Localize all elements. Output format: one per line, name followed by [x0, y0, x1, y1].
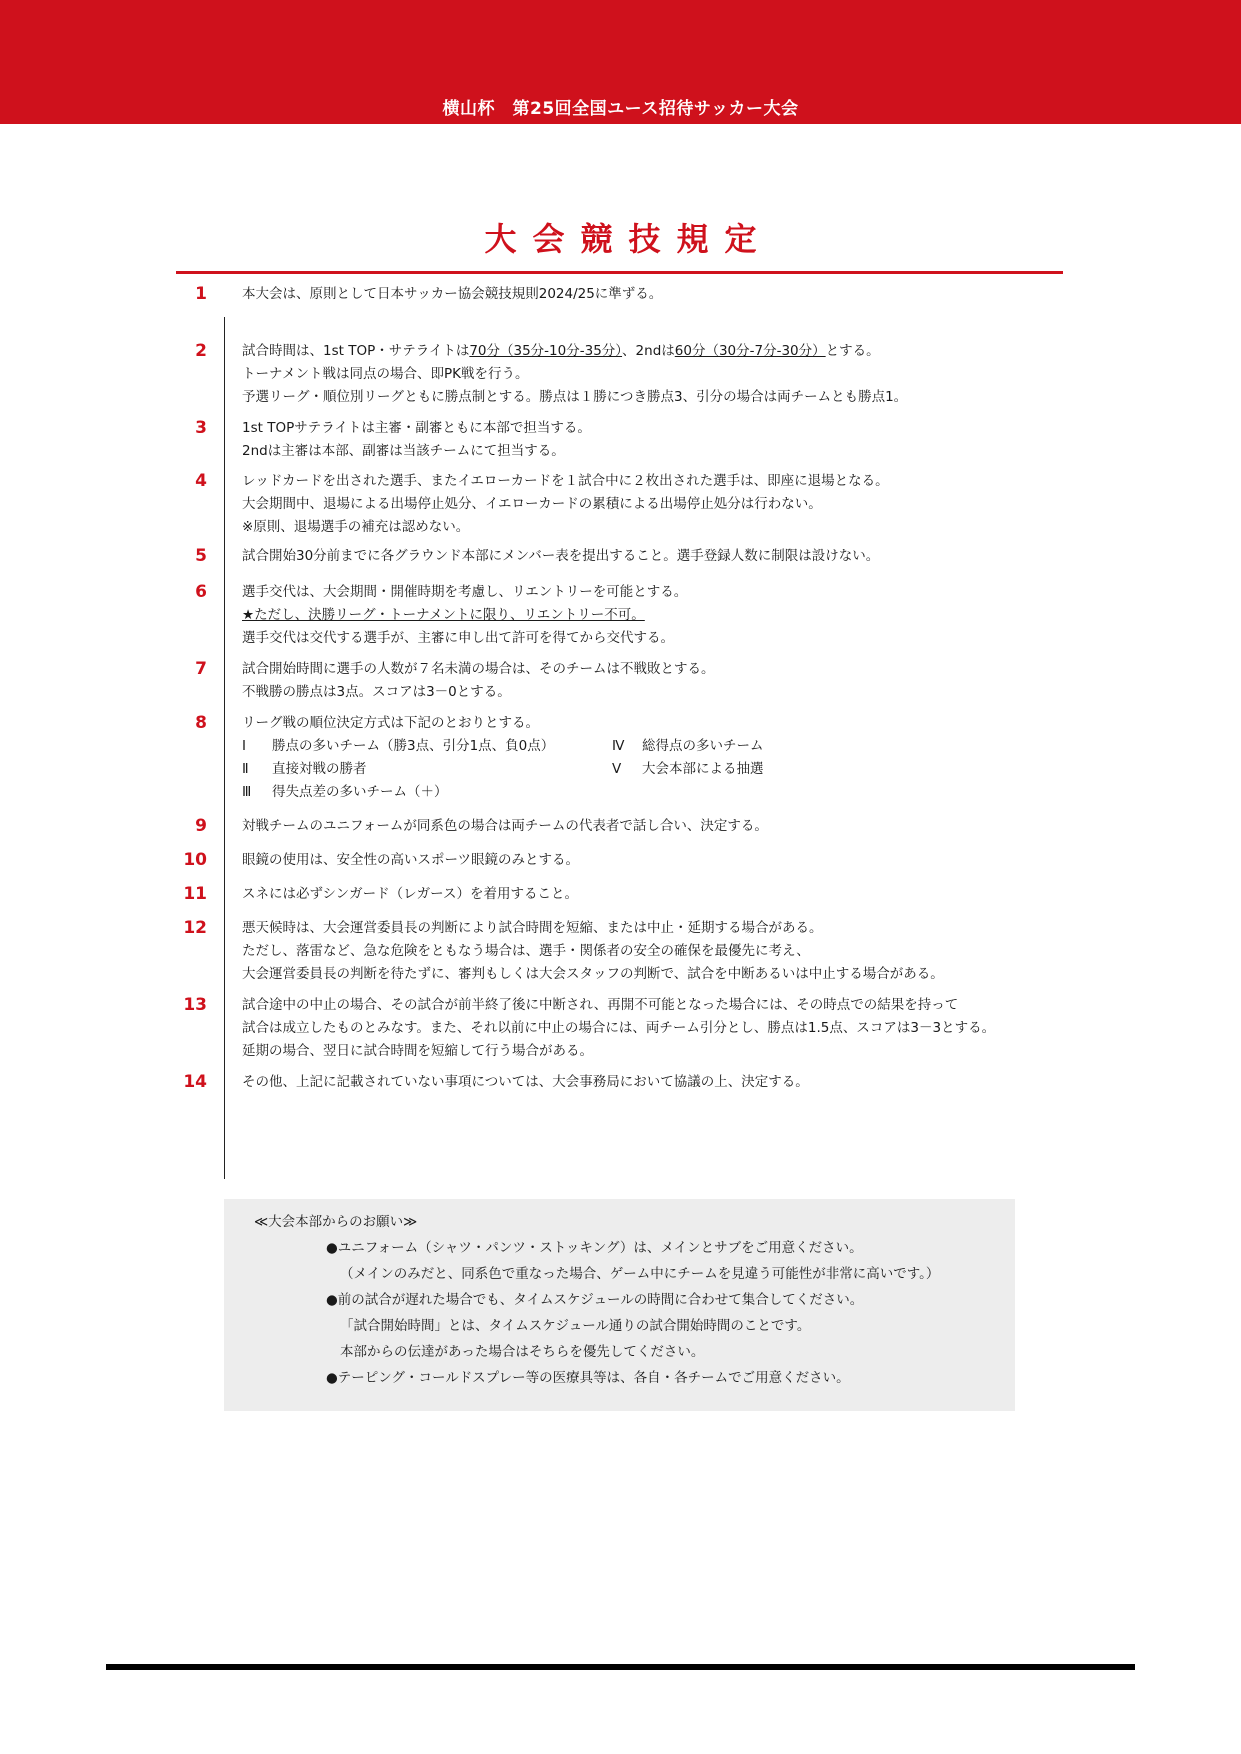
roman-numeral: Ⅱ — [242, 758, 272, 781]
rule-line: 試合時間は、1st TOP・サテライトは70分（35分-10分-35分）、2nd… — [242, 340, 1122, 363]
rule-number: 6 — [150, 581, 207, 604]
text-span: とする。 — [826, 343, 880, 359]
rule-line: 試合途中の中止の場合、その試合が前半終了後に中断され、再開不可能となった場合には… — [242, 994, 1122, 1017]
notice-line: ●ユニフォーム（シャツ・パンツ・ストッキング）は、メインとサブをご用意ください。 — [326, 1235, 939, 1261]
rule-text: スネには必ずシンガード（レガース）を着用すること。 — [242, 883, 1122, 906]
ranking-criterion: Ⅲ得失点差の多いチーム（＋） — [242, 781, 612, 804]
rule-number: 5 — [150, 545, 207, 568]
rule-number: 12 — [150, 917, 207, 940]
rule-line: 1st TOPサテライトは主審・副審ともに本部で担当する。 — [242, 417, 1122, 440]
roman-numeral: Ⅴ — [612, 758, 642, 781]
roman-numeral: Ⅲ — [242, 781, 272, 804]
criterion-text: 直接対戦の勝者 — [272, 761, 367, 777]
rule-line: 2ndは主審は本部、副審は当該チームにて担当する。 — [242, 440, 1122, 463]
rule-line: 予選リーグ・順位別リーグともに勝点制とする。勝点は１勝につき勝点3、引分の場合は… — [242, 386, 1122, 409]
rule-number: 11 — [150, 883, 207, 906]
text-span: 、2ndは — [622, 343, 675, 359]
notice-line: （メインのみだと、同系色で重なった場合、ゲーム中にチームを見違う可能性が非常に高… — [326, 1261, 939, 1287]
rule-text: 本大会は、原則として日本サッカー協会競技規則2024/25に準ずる。 — [242, 283, 1122, 306]
criterion-text: 得失点差の多いチーム（＋） — [272, 784, 448, 800]
rule-number: 1 — [150, 283, 207, 306]
notice-line: ●前の試合が遅れた場合でも、タイムスケジュールの時間に合わせて集合してください。 — [326, 1287, 939, 1313]
text-span: ※原則、退場選手の補充は認めない。 — [242, 519, 469, 535]
ranking-criterion: Ⅱ直接対戦の勝者 — [242, 758, 612, 781]
rule-line: 大会運営委員長の判断を待たずに、審判もしくは大会スタッフの判断で、試合を中断ある… — [242, 963, 1122, 986]
rule-number: 13 — [150, 994, 207, 1017]
rule-line: 試合開始時間に選手の人数が７名未満の場合は、そのチームは不戦敗とする。 — [242, 658, 1122, 681]
text-span: 選手交代は交代する選手が、主審に申し出て許可を得てから交代する。 — [242, 630, 674, 646]
rule-line: 選手交代は交代する選手が、主審に申し出て許可を得てから交代する。 — [242, 627, 1122, 650]
rule-line: 試合開始30分前までに各グラウンド本部にメンバー表を提出すること。選手登録人数に… — [242, 545, 1122, 568]
rule-text: その他、上記に記載されていない事項については、大会事務局において協議の上、決定す… — [242, 1071, 1122, 1094]
notice-heading: ≪大会本部からのお願い≫ — [254, 1211, 417, 1234]
text-span: 試合開始時間に選手の人数が７名未満の場合は、そのチームは不戦敗とする。 — [242, 661, 715, 677]
text-span: 眼鏡の使用は、安全性の高いスポーツ眼鏡のみとする。 — [242, 852, 579, 868]
underlined-text: ★ただし、決勝リーグ・トーナメントに限り、リエントリー不可。 — [242, 607, 645, 623]
notice-line: ●テーピング・コールドスプレー等の医療具等は、各自・各チームでご用意ください。 — [326, 1365, 939, 1391]
criterion-text: 勝点の多いチーム（勝3点、引分1点、負0点） — [272, 738, 554, 754]
title-divider — [176, 271, 1063, 274]
text-span: 本大会は、原則として日本サッカー協会競技規則2024/25に準ずる。 — [242, 286, 662, 302]
rule-number: 3 — [150, 417, 207, 440]
text-span: 大会運営委員長の判断を待たずに、審判もしくは大会スタッフの判断で、試合を中断ある… — [242, 966, 944, 982]
underlined-text: 70分（35分-10分-35分） — [469, 343, 622, 359]
text-span: 選手交代は、大会期間・開催時期を考慮し、リエントリーを可能とする。 — [242, 584, 687, 600]
notice-box: ≪大会本部からのお願い≫ ●ユニフォーム（シャツ・パンツ・ストッキング）は、メイ… — [224, 1199, 1015, 1411]
rule-line: スネには必ずシンガード（レガース）を着用すること。 — [242, 883, 1122, 906]
text-span: 悪天候時は、大会運営委員長の判断により試合時間を短縮、または中止・延期する場合が… — [242, 920, 823, 936]
rule-line: その他、上記に記載されていない事項については、大会事務局において協議の上、決定す… — [242, 1071, 1122, 1094]
text-span: リーグ戦の順位決定方式は下記のとおりとする。 — [242, 715, 539, 731]
text-span: その他、上記に記載されていない事項については、大会事務局において協議の上、決定す… — [242, 1074, 809, 1090]
ranking-criterion: Ⅴ大会本部による抽選 — [612, 758, 912, 781]
rule-text: 対戦チームのユニフォームが同系色の場合は両チームの代表者で話し合い、決定する。 — [242, 815, 1122, 838]
roman-numeral: Ⅳ — [612, 735, 642, 758]
rule-text: リーグ戦の順位決定方式は下記のとおりとする。Ⅰ勝点の多いチーム（勝3点、引分1点… — [242, 712, 1122, 804]
rule-text: レッドカードを出された選手、またイエローカードを１試合中に２枚出された選手は、即… — [242, 470, 1122, 539]
text-span: 予選リーグ・順位別リーグともに勝点制とする。勝点は１勝につき勝点3、引分の場合は… — [242, 389, 907, 405]
rule-line: リーグ戦の順位決定方式は下記のとおりとする。 — [242, 712, 1122, 735]
text-span: スネには必ずシンガード（レガース）を着用すること。 — [242, 886, 578, 902]
text-span: 不戦勝の勝点は3点。スコアは3－0とする。 — [242, 684, 511, 700]
rule-line: 眼鏡の使用は、安全性の高いスポーツ眼鏡のみとする。 — [242, 849, 1122, 872]
underlined-text: 60分（30分-7分-30分） — [675, 343, 826, 359]
rule-line: 大会期間中、退場による出場停止処分、イエローカードの累積による出場停止処分は行わ… — [242, 493, 1122, 516]
rule-line: ただし、落雷など、急な危険をともなう場合は、選手・関係者の安全の確保を最優先に考… — [242, 940, 1122, 963]
rule-text: 試合時間は、1st TOP・サテライトは70分（35分-10分-35分）、2nd… — [242, 340, 1122, 409]
text-span: 試合途中の中止の場合、その試合が前半終了後に中断され、再開不可能となった場合には… — [242, 997, 958, 1013]
ranking-criterion: Ⅰ勝点の多いチーム（勝3点、引分1点、負0点） — [242, 735, 612, 758]
text-span: 2ndは主審は本部、副審は当該チームにて担当する。 — [242, 443, 565, 459]
tournament-title: 横山杯 第25回全国ユース招待サッカー大会 — [0, 94, 1241, 119]
rule-line: 不戦勝の勝点は3点。スコアは3－0とする。 — [242, 681, 1122, 704]
rule-number: 8 — [150, 712, 207, 735]
rule-number: 14 — [150, 1071, 207, 1094]
text-span: 1st TOPサテライトは主審・副審ともに本部で担当する。 — [242, 420, 591, 436]
rule-text: 試合開始時間に選手の人数が７名未満の場合は、そのチームは不戦敗とする。不戦勝の勝… — [242, 658, 1122, 704]
text-span: トーナメント戦は同点の場合、即PK戦を行う。 — [242, 366, 528, 382]
ranking-criterion: Ⅳ総得点の多いチーム — [612, 735, 912, 758]
rule-line: 試合は成立したものとみなす。また、それ以前に中止の場合には、両チーム引分とし、勝… — [242, 1017, 1122, 1040]
footer-divider — [106, 1664, 1135, 1670]
rule-line: レッドカードを出された選手、またイエローカードを１試合中に２枚出された選手は、即… — [242, 470, 1122, 493]
notice-line: 「試合開始時間」とは、タイムスケジュール通りの試合開始時間のことです。 — [326, 1313, 939, 1339]
rule-line: 悪天候時は、大会運営委員長の判断により試合時間を短縮、または中止・延期する場合が… — [242, 917, 1122, 940]
text-span: 延期の場合、翌日に試合時間を短縮して行う場合がある。 — [242, 1043, 593, 1059]
rule-number: 7 — [150, 658, 207, 681]
text-span: ただし、落雷など、急な危険をともなう場合は、選手・関係者の安全の確保を最優先に考… — [242, 943, 810, 959]
text-span: 大会期間中、退場による出場停止処分、イエローカードの累積による出場停止処分は行わ… — [242, 496, 822, 512]
rule-number: 4 — [150, 470, 207, 493]
text-span: 対戦チームのユニフォームが同系色の場合は両チームの代表者で話し合い、決定する。 — [242, 818, 768, 834]
rule-line: 対戦チームのユニフォームが同系色の場合は両チームの代表者で話し合い、決定する。 — [242, 815, 1122, 838]
rule-line: 延期の場合、翌日に試合時間を短縮して行う場合がある。 — [242, 1040, 1122, 1063]
notice-lines: ●ユニフォーム（シャツ・パンツ・ストッキング）は、メインとサブをご用意ください。… — [326, 1235, 939, 1391]
rule-text: 眼鏡の使用は、安全性の高いスポーツ眼鏡のみとする。 — [242, 849, 1122, 872]
rule-line: トーナメント戦は同点の場合、即PK戦を行う。 — [242, 363, 1122, 386]
rule-number: 9 — [150, 815, 207, 838]
rule-line: 選手交代は、大会期間・開催時期を考慮し、リエントリーを可能とする。 — [242, 581, 1122, 604]
rule-line: 本大会は、原則として日本サッカー協会競技規則2024/25に準ずる。 — [242, 283, 1122, 306]
roman-numeral: Ⅰ — [242, 735, 272, 758]
header-band: 横山杯 第25回全国ユース招待サッカー大会 — [0, 0, 1241, 124]
text-span: 試合は成立したものとみなす。また、それ以前に中止の場合には、両チーム引分とし、勝… — [242, 1020, 995, 1036]
ranking-criteria: Ⅰ勝点の多いチーム（勝3点、引分1点、負0点）Ⅳ総得点の多いチームⅡ直接対戦の勝… — [242, 735, 1122, 804]
notice-line: 本部からの伝達があった場合はそちらを優先してください。 — [326, 1339, 939, 1365]
rule-number: 2 — [150, 340, 207, 363]
criterion-text: 大会本部による抽選 — [642, 761, 764, 777]
text-span: 試合時間は、1st TOP・サテライトは — [242, 343, 469, 359]
text-span: レッドカードを出された選手、またイエローカードを１試合中に２枚出された選手は、即… — [242, 473, 889, 489]
rules-vertical-divider — [224, 317, 225, 1179]
rule-line: ★ただし、決勝リーグ・トーナメントに限り、リエントリー不可。 — [242, 604, 1122, 627]
rule-number: 10 — [150, 849, 207, 872]
criterion-text: 総得点の多いチーム — [642, 738, 764, 754]
rule-text: 悪天候時は、大会運営委員長の判断により試合時間を短縮、または中止・延期する場合が… — [242, 917, 1122, 986]
rule-line: ※原則、退場選手の補充は認めない。 — [242, 516, 1122, 539]
rule-text: 試合途中の中止の場合、その試合が前半終了後に中断され、再開不可能となった場合には… — [242, 994, 1122, 1063]
page-title: 大会競技規定 — [0, 214, 1241, 260]
rule-text: 1st TOPサテライトは主審・副審ともに本部で担当する。2ndは主審は本部、副… — [242, 417, 1122, 463]
rule-text: 選手交代は、大会期間・開催時期を考慮し、リエントリーを可能とする。★ただし、決勝… — [242, 581, 1122, 650]
rule-text: 試合開始30分前までに各グラウンド本部にメンバー表を提出すること。選手登録人数に… — [242, 545, 1122, 568]
text-span: 試合開始30分前までに各グラウンド本部にメンバー表を提出すること。選手登録人数に… — [242, 548, 879, 564]
